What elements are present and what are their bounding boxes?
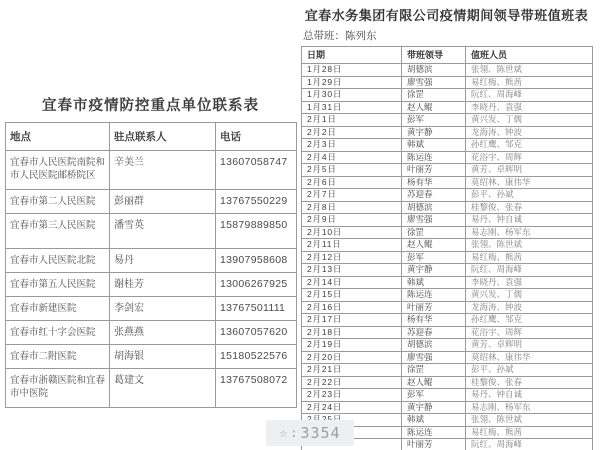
table-row: 2月14日韩斌李晓丹、袁强 bbox=[302, 276, 593, 289]
duty-staff-cell: 易红梅、熊茜 bbox=[466, 76, 593, 89]
duty-leader-cell: 叶丽芳 bbox=[402, 164, 466, 177]
duty-leader-cell: 胡德滨 bbox=[402, 201, 466, 214]
location-cell: 宜春市浙赣医院和宜春市中医院 bbox=[6, 369, 110, 408]
date-cell: 2月8日 bbox=[302, 201, 402, 214]
table-row: 2月19日胡德滨黄芳、卓辉明 bbox=[302, 339, 593, 352]
table-row: 1月30日徐罡阮红、周海峰 bbox=[302, 89, 593, 102]
duty-table-header-row: 日期 带班领导 值班人员 bbox=[302, 47, 593, 64]
table-row: 2月10日徐罡易志刚、杨军东 bbox=[302, 226, 593, 239]
date-cell: 2月6日 bbox=[302, 176, 402, 189]
contact-table: 地点 驻点联系人 电话 宜春市人民医院南院和市人民医院邮桥院区辛美兰136070… bbox=[5, 122, 297, 408]
table-row: 2月11日赵人鲲张翎、陈世斌 bbox=[302, 239, 593, 252]
date-cell: 2月23日 bbox=[302, 389, 402, 402]
date-cell: 2月7日 bbox=[302, 189, 402, 202]
duty-leader-cell: 韩斌 bbox=[402, 276, 466, 289]
duty-leader-cell: 陈运连 bbox=[402, 289, 466, 302]
table-row: 2月18日苏迎春花浴宇、周辉 bbox=[302, 326, 593, 339]
table-row: 2月17日杨有华孙红鹰、邹克 bbox=[302, 314, 593, 327]
duty-staff-cell: 黄芳、卓辉明 bbox=[466, 164, 593, 177]
duty-staff-cell: 李晓丹、袁强 bbox=[466, 276, 593, 289]
table-row: 2月9日廖雪强易丹、钟自诚 bbox=[302, 214, 593, 227]
date-cell: 2月20日 bbox=[302, 351, 402, 364]
date-cell: 2月14日 bbox=[302, 276, 402, 289]
location-cell: 宜春市第三人民医院 bbox=[6, 214, 110, 249]
duty-leader-cell: 彭军 bbox=[402, 389, 466, 402]
table-row: 2月4日陈运连花浴宇、周辉 bbox=[302, 151, 593, 164]
duty-staff-cell: 彭平、孙斌 bbox=[466, 364, 593, 377]
column-header-contact: 驻点联系人 bbox=[110, 123, 216, 151]
duty-staff-cell: 花浴宇、周辉 bbox=[466, 326, 593, 339]
table-row: 2月5日叶丽芳黄芳、卓辉明 bbox=[302, 164, 593, 177]
duty-leader-cell: 苏迎春 bbox=[402, 326, 466, 339]
right-table-title: 宜春水务集团有限公司疫情期间领导带班值班表 bbox=[301, 5, 592, 24]
duty-staff-cell: 莫绍林、康伟华 bbox=[466, 176, 593, 189]
column-header-location: 地点 bbox=[6, 123, 110, 151]
contact-person-cell: 张燕燕 bbox=[110, 321, 216, 345]
duty-leader-cell: 黄宇静 bbox=[402, 401, 466, 414]
view-count: 3354 bbox=[300, 424, 340, 442]
table-row: 宜春市人民医院南院和市人民医院邮桥院区辛美兰13607058747 bbox=[6, 151, 297, 190]
date-cell: 2月13日 bbox=[302, 264, 402, 277]
duty-roster-table: 日期 带班领导 值班人员 1月28日胡德滨张翎、陈世斌1月29日廖雪强易红梅、熊… bbox=[301, 46, 593, 450]
duty-leader-cell: 徐罡 bbox=[402, 226, 466, 239]
contact-person-cell: 彭丽群 bbox=[110, 190, 216, 214]
duty-leader-cell: 胡德滨 bbox=[402, 64, 466, 77]
table-row: 1月28日胡德滨张翎、陈世斌 bbox=[302, 64, 593, 77]
duty-staff-cell: 易志刚、杨军东 bbox=[466, 226, 593, 239]
contact-person-cell: 李剑宏 bbox=[110, 297, 216, 321]
date-cell: 2月24日 bbox=[302, 401, 402, 414]
date-cell: 2月16日 bbox=[302, 301, 402, 314]
duty-leader-cell: 叶丽芳 bbox=[402, 301, 466, 314]
column-header-phone: 电话 bbox=[216, 123, 297, 151]
location-cell: 宜春市二附医院 bbox=[6, 345, 110, 369]
contact-person-cell: 易丹 bbox=[110, 249, 216, 273]
date-cell: 2月1日 bbox=[302, 114, 402, 127]
duty-staff-cell: 桂黎俊、张春 bbox=[466, 376, 593, 389]
phone-number-cell: 13767508072 bbox=[216, 369, 297, 408]
date-cell: 2月21日 bbox=[302, 364, 402, 377]
date-cell: 2月10日 bbox=[302, 226, 402, 239]
duty-staff-cell: 黄兴发、丁儒 bbox=[466, 114, 593, 127]
duty-leader-cell: 徐罡 bbox=[402, 89, 466, 102]
table-row: 1月31日赵人鲲李晓丹、袁强 bbox=[302, 101, 593, 114]
duty-staff-cell: 彭平、孙斌 bbox=[466, 189, 593, 202]
date-cell: 2月15日 bbox=[302, 289, 402, 302]
duty-leader-cell: 杨有华 bbox=[402, 176, 466, 189]
date-cell: 2月11日 bbox=[302, 239, 402, 252]
duty-leader-cell: 黄宇静 bbox=[402, 264, 466, 277]
duty-staff-cell: 孙红鹰、邹克 bbox=[466, 314, 593, 327]
duty-leader-cell: 廖雪强 bbox=[402, 214, 466, 227]
date-cell: 1月28日 bbox=[302, 64, 402, 77]
table-row: 1月29日廖雪强易红梅、熊茜 bbox=[302, 76, 593, 89]
duty-leader-cell: 叶丽芳 bbox=[402, 439, 466, 450]
duty-leader-cell: 廖雪强 bbox=[402, 76, 466, 89]
phone-number-cell: 13907958608 bbox=[216, 249, 297, 273]
duty-staff-cell: 易红梅、熊茜 bbox=[466, 251, 593, 264]
watermark-separator: : bbox=[290, 426, 297, 440]
contact-person-cell: 潘雪英 bbox=[110, 214, 216, 249]
date-cell: 2月17日 bbox=[302, 314, 402, 327]
duty-staff-cell: 易丹、钟自诚 bbox=[466, 214, 593, 227]
column-header-leader: 带班领导 bbox=[402, 47, 466, 64]
date-cell: 1月30日 bbox=[302, 89, 402, 102]
date-cell: 1月31日 bbox=[302, 101, 402, 114]
table-row: 2月21日徐罡彭平、孙斌 bbox=[302, 364, 593, 377]
table-row: 宜春市新建医院李剑宏13767501111 bbox=[6, 297, 297, 321]
general-duty-chief-label: 总带班：陈列东 bbox=[303, 28, 592, 43]
date-cell: 2月9日 bbox=[302, 214, 402, 227]
duty-leader-cell: 赵人鲲 bbox=[402, 101, 466, 114]
table-row: 2月13日黄宇静阮红、周海峰 bbox=[302, 264, 593, 277]
duty-staff-cell: 桂黎俊、张春 bbox=[466, 201, 593, 214]
duty-leader-cell: 彭军 bbox=[402, 114, 466, 127]
duty-staff-cell: 阮红、周海峰 bbox=[466, 439, 593, 450]
duty-staff-cell: 易红梅、熊茜 bbox=[466, 426, 593, 439]
left-table-title: 宜春市疫情防控重点单位联系表 bbox=[5, 94, 296, 115]
duty-roster-panel: 宜春水务集团有限公司疫情期间领导带班值班表 总带班：陈列东 日期 带班领导 值班… bbox=[301, 5, 592, 450]
date-cell: 1月29日 bbox=[302, 76, 402, 89]
table-row: 宜春市第二人民医院彭丽群13767550229 bbox=[6, 190, 297, 214]
table-row: 2月3日韩斌孙红鹰、邹克 bbox=[302, 139, 593, 152]
date-cell: 2月5日 bbox=[302, 164, 402, 177]
star-icon: ☆ bbox=[279, 427, 287, 440]
table-row: 2月15日陈运连黄兴发、丁儒 bbox=[302, 289, 593, 302]
duty-staff-cell: 李晓丹、袁强 bbox=[466, 101, 593, 114]
duty-staff-cell: 易丹、钟自诚 bbox=[466, 389, 593, 402]
phone-number-cell: 13607058747 bbox=[216, 151, 297, 190]
table-row: 宜春市二附医院胡海银15180522576 bbox=[6, 345, 297, 369]
duty-staff-cell: 莫绍林、康伟华 bbox=[466, 351, 593, 364]
view-count-watermark: ☆:3354 bbox=[266, 420, 354, 446]
duty-staff-cell: 黄兴发、丁儒 bbox=[466, 289, 593, 302]
table-row: 2月6日杨有华莫绍林、康伟华 bbox=[302, 176, 593, 189]
duty-staff-cell: 张翎、陈世斌 bbox=[466, 239, 593, 252]
date-cell: 2月2日 bbox=[302, 126, 402, 139]
column-header-staff: 值班人员 bbox=[466, 47, 593, 64]
table-row: 2月23日彭军易丹、钟自诚 bbox=[302, 389, 593, 402]
duty-leader-cell: 赵人鲲 bbox=[402, 376, 466, 389]
location-cell: 宜春市人民医院北院 bbox=[6, 249, 110, 273]
location-cell: 宜春市第二人民医院 bbox=[6, 190, 110, 214]
duty-leader-cell: 徐罡 bbox=[402, 364, 466, 377]
date-cell: 2月22日 bbox=[302, 376, 402, 389]
duty-leader-cell: 苏迎春 bbox=[402, 189, 466, 202]
location-cell: 宜春市红十字会医院 bbox=[6, 321, 110, 345]
column-header-date: 日期 bbox=[302, 47, 402, 64]
contact-person-cell: 辛美兰 bbox=[110, 151, 216, 190]
table-row: 宜春市第三人民医院潘雪英15879889850 bbox=[6, 214, 297, 249]
duty-leader-cell: 杨有华 bbox=[402, 314, 466, 327]
duty-staff-cell: 阮红、周海峰 bbox=[466, 89, 593, 102]
duty-leader-cell: 彭军 bbox=[402, 251, 466, 264]
table-row: 2月24日黄宇静易志刚、杨军东 bbox=[302, 401, 593, 414]
location-cell: 宜春市新建医院 bbox=[6, 297, 110, 321]
date-cell: 2月4日 bbox=[302, 151, 402, 164]
location-cell: 宜春市第五人民医院 bbox=[6, 273, 110, 297]
phone-number-cell: 15180522576 bbox=[216, 345, 297, 369]
table-row: 2月16日叶丽芳龙海涛、钟波 bbox=[302, 301, 593, 314]
table-row: 宜春市红十字会医院张燕燕13607057620 bbox=[6, 321, 297, 345]
duty-leader-cell: 胡德滨 bbox=[402, 339, 466, 352]
contact-person-cell: 葛建文 bbox=[110, 369, 216, 408]
phone-number-cell: 13767501111 bbox=[216, 297, 297, 321]
duty-leader-cell: 赵人鲲 bbox=[402, 239, 466, 252]
duty-leader-cell: 陈运连 bbox=[402, 426, 466, 439]
table-row: 2月12日彭军易红梅、熊茜 bbox=[302, 251, 593, 264]
contact-person-cell: 谢桂芳 bbox=[110, 273, 216, 297]
phone-number-cell: 15879889850 bbox=[216, 214, 297, 249]
duty-staff-cell: 孙红鹰、邹克 bbox=[466, 139, 593, 152]
table-row: 2月7日苏迎春彭平、孙斌 bbox=[302, 189, 593, 202]
phone-number-cell: 13006267925 bbox=[216, 273, 297, 297]
duty-staff-cell: 花浴宇、周辉 bbox=[466, 151, 593, 164]
duty-staff-cell: 张翎、陈世斌 bbox=[466, 414, 593, 427]
duty-leader-cell: 韩斌 bbox=[402, 414, 466, 427]
table-row: 宜春市人民医院北院易丹13907958608 bbox=[6, 249, 297, 273]
table-row: 2月2日黄宇静龙海涛、钟波 bbox=[302, 126, 593, 139]
table-row: 宜春市浙赣医院和宜春市中医院葛建文13767508072 bbox=[6, 369, 297, 408]
contact-person-cell: 胡海银 bbox=[110, 345, 216, 369]
phone-number-cell: 13767550229 bbox=[216, 190, 297, 214]
table-row: 2月1日彭军黄兴发、丁儒 bbox=[302, 114, 593, 127]
duty-staff-cell: 阮红、周海峰 bbox=[466, 264, 593, 277]
duty-leader-cell: 韩斌 bbox=[402, 139, 466, 152]
date-cell: 2月3日 bbox=[302, 139, 402, 152]
contact-table-panel: 宜春市疫情防控重点单位联系表 地点 驻点联系人 电话 宜春市人民医院南院和市人民… bbox=[5, 94, 296, 408]
duty-staff-cell: 易志刚、杨军东 bbox=[466, 401, 593, 414]
duty-staff-cell: 黄芳、卓辉明 bbox=[466, 339, 593, 352]
table-row: 2月22日赵人鲲桂黎俊、张春 bbox=[302, 376, 593, 389]
duty-leader-cell: 陈运连 bbox=[402, 151, 466, 164]
table-row: 2月20日廖雪强莫绍林、康伟华 bbox=[302, 351, 593, 364]
contact-table-header-row: 地点 驻点联系人 电话 bbox=[6, 123, 297, 151]
location-cell: 宜春市人民医院南院和市人民医院邮桥院区 bbox=[6, 151, 110, 190]
duty-staff-cell: 龙海涛、钟波 bbox=[466, 301, 593, 314]
date-cell: 2月18日 bbox=[302, 326, 402, 339]
date-cell: 2月12日 bbox=[302, 251, 402, 264]
table-row: 2月8日胡德滨桂黎俊、张春 bbox=[302, 201, 593, 214]
date-cell: 2月19日 bbox=[302, 339, 402, 352]
table-row: 宜春市第五人民医院谢桂芳13006267925 bbox=[6, 273, 297, 297]
duty-staff-cell: 龙海涛、钟波 bbox=[466, 126, 593, 139]
duty-staff-cell: 张翎、陈世斌 bbox=[466, 64, 593, 77]
duty-leader-cell: 黄宇静 bbox=[402, 126, 466, 139]
duty-leader-cell: 廖雪强 bbox=[402, 351, 466, 364]
phone-number-cell: 13607057620 bbox=[216, 321, 297, 345]
